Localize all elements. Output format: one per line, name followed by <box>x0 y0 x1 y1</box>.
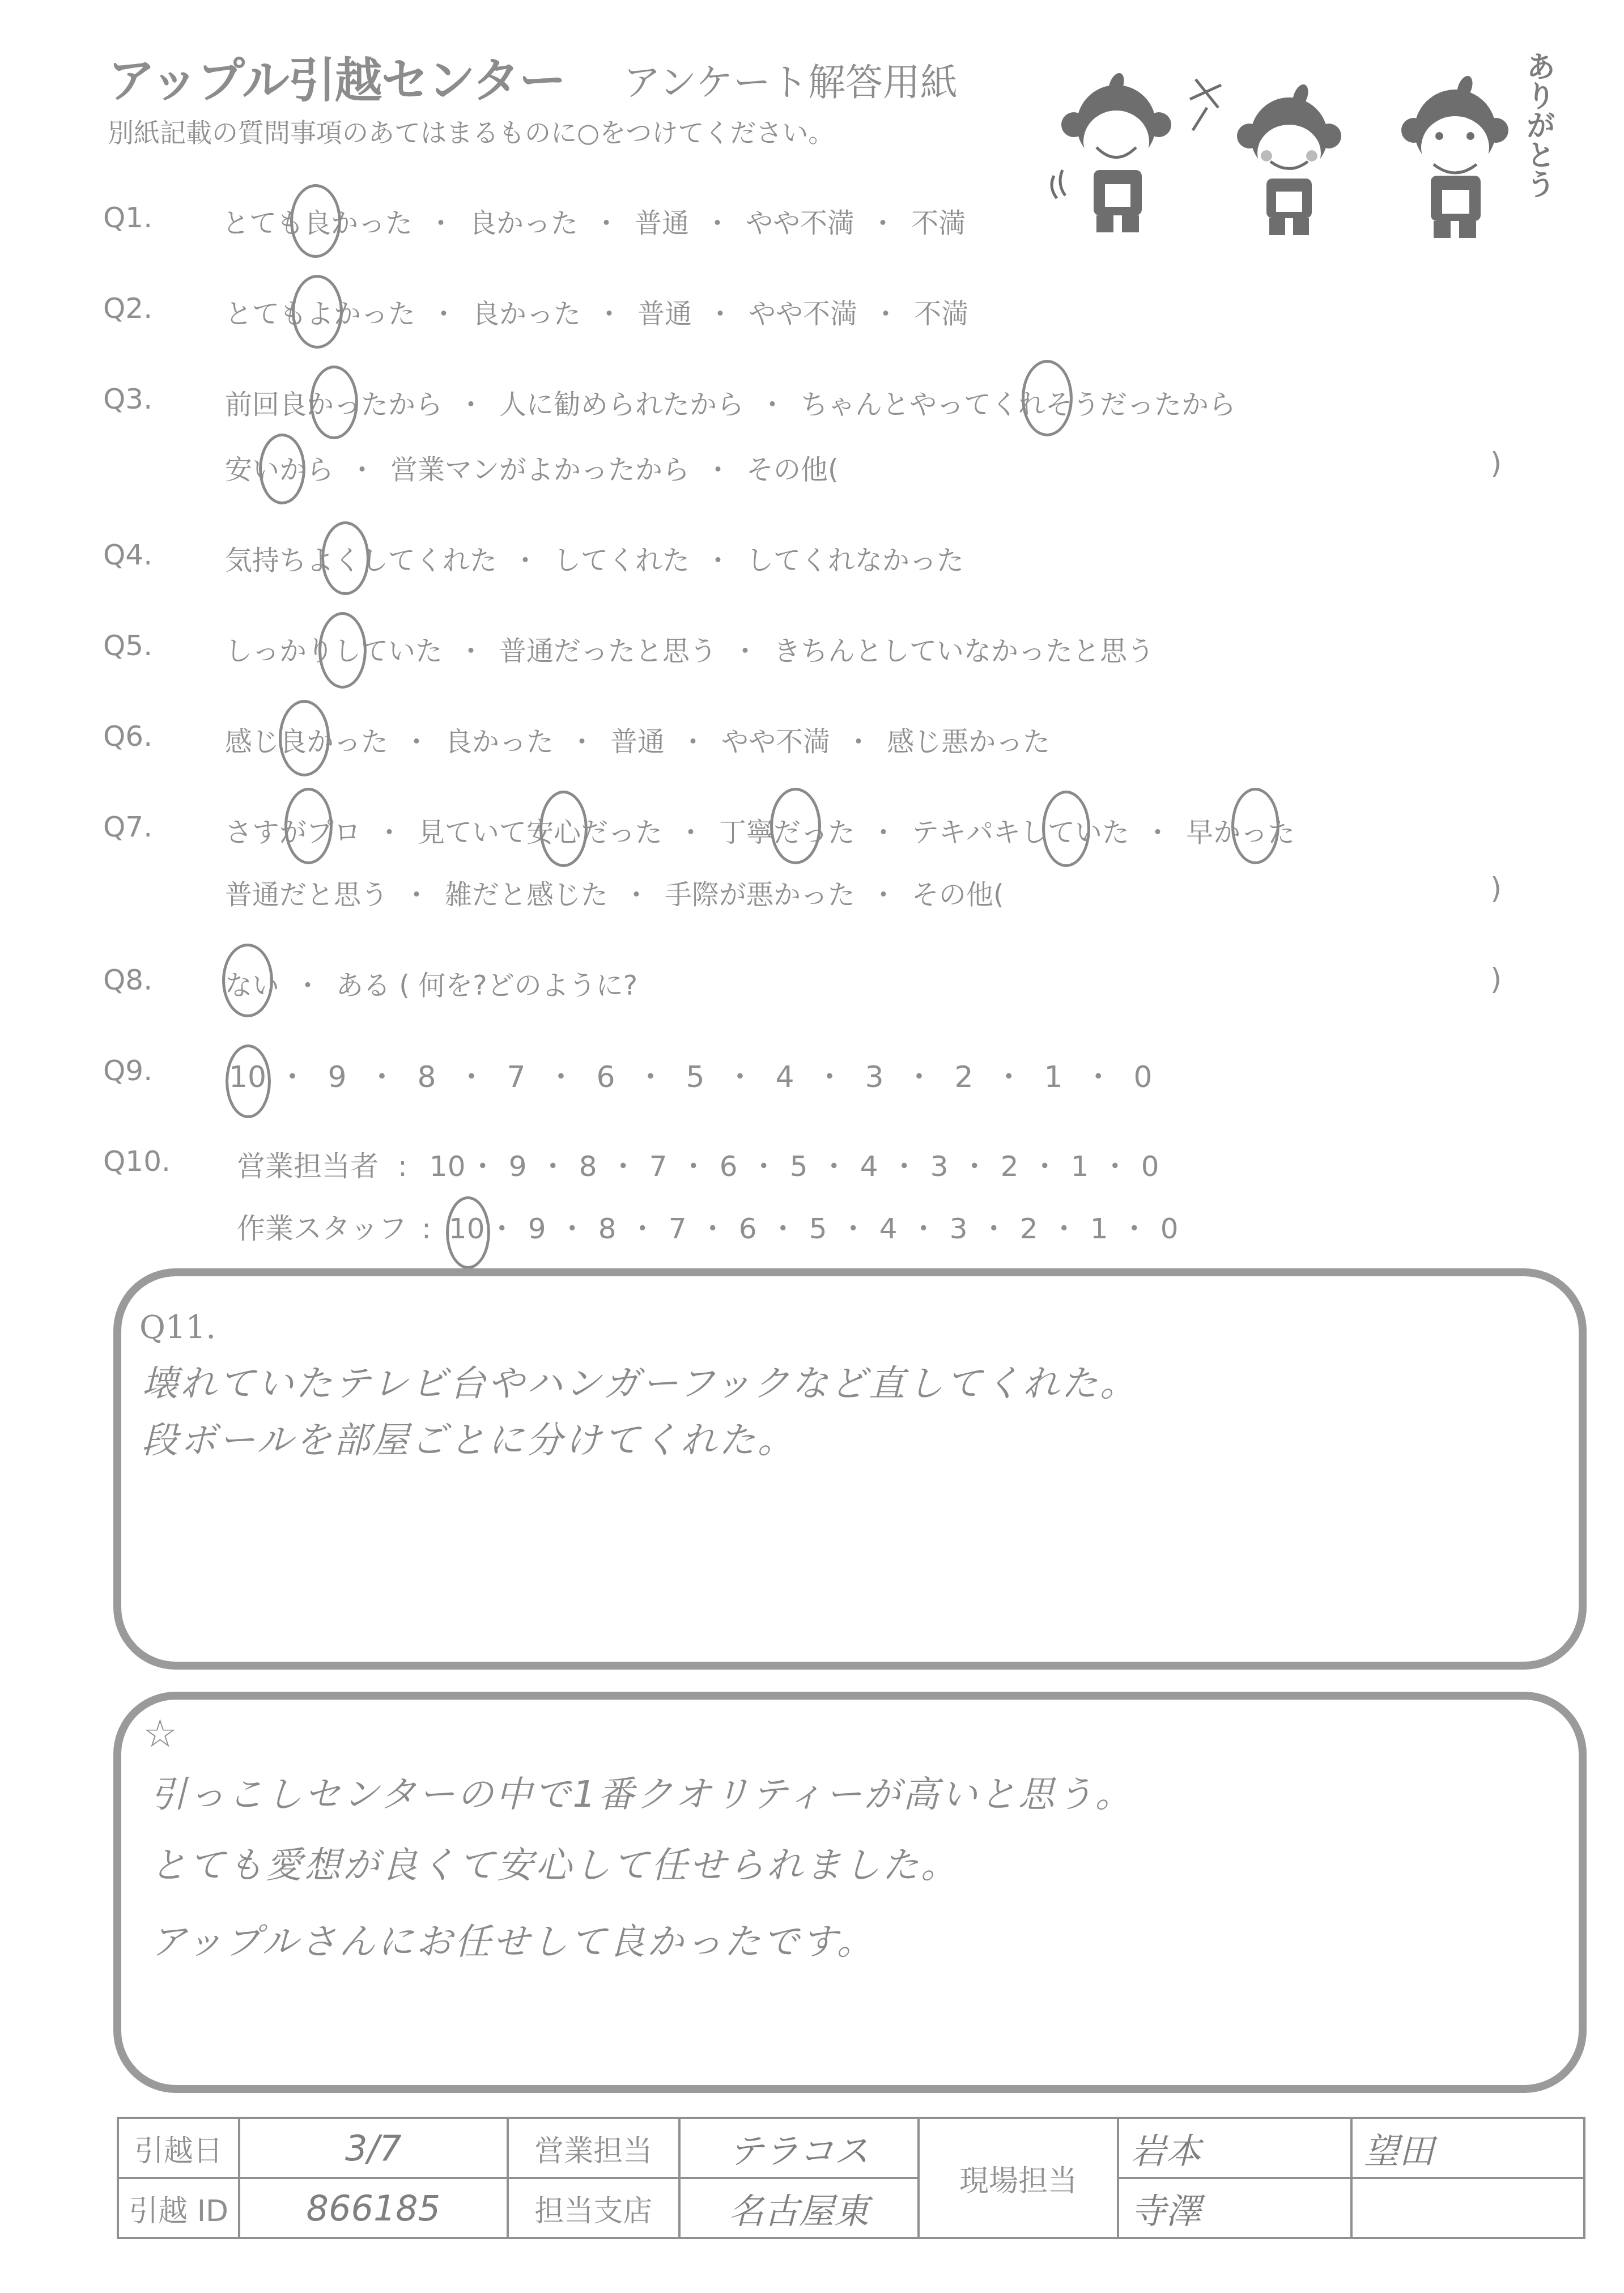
q6-option-1[interactable]: 感じ良かった <box>225 720 388 759</box>
instruction-text: 別紙記載の質問事項のあてはまるものに○をつけてください。 <box>108 112 834 150</box>
q6-option-2[interactable]: 良かった <box>445 720 554 759</box>
q7-options-line1: さすがプロ・見ていて安心だった・丁寧だった・テキパキしていた・早かった <box>225 810 1295 850</box>
q10-sales-score-10[interactable]: 10 <box>427 1150 469 1183</box>
q5-options: しっかりしていた・普通だったと思う・きちんとしていなかったと思う <box>225 629 1154 668</box>
site-staff-4[interactable] <box>1351 2178 1584 2238</box>
sales-rep-label: 営業担当 <box>508 2118 679 2178</box>
q9-score-4[interactable]: 4 <box>764 1060 806 1094</box>
footer-info-table: 引越日 3/7 営業担当 テラコス 現場担当 岩本 望田 引越 ID 86618… <box>117 2117 1585 2239</box>
q9-score-7[interactable]: 7 <box>495 1060 537 1094</box>
q8-option-2[interactable]: ある ( 何を?どのように? <box>336 963 637 1003</box>
q7-option-1[interactable]: さすがプロ <box>225 810 361 850</box>
q4-options: 気持ちよくしてくれた・してくれた・してくれなかった <box>225 538 964 578</box>
q4-option-2[interactable]: してくれた <box>554 538 690 578</box>
q6-options: 感じ良かった・良かった・普通・やや不満・感じ悪かった <box>225 720 1050 759</box>
q10-staff-row: 作業スタッフ : 10・9・8・7・6・5・4・3・2・1・0 <box>237 1206 1191 1247</box>
q3-label: Q3. <box>103 383 152 415</box>
q10-staff-score-0[interactable]: 0 <box>1149 1212 1191 1245</box>
company-title: アップル引越センター <box>108 43 565 111</box>
q10-staff-score-5[interactable]: 5 <box>797 1212 839 1245</box>
q3-option-4[interactable]: 安いから <box>225 448 334 487</box>
move-date-label: 引越日 <box>118 2118 239 2178</box>
comment-line-2: とても愛想が良くて安心して任せられました。 <box>150 1836 959 1888</box>
q9-scale: 10・9・8・7・6・5・4・3・2・1・0 <box>227 1053 1164 1095</box>
q9-score-8[interactable]: 8 <box>406 1060 448 1094</box>
q9-score-1[interactable]: 1 <box>1032 1060 1074 1094</box>
q10-sales-score-1[interactable]: 1 <box>1059 1150 1101 1183</box>
q6-option-4[interactable]: やや不満 <box>721 720 830 759</box>
q7-options-line2: 普通だと思う・雑だと感じた・手際が悪かった・その他( <box>225 873 1004 912</box>
move-date-value[interactable]: 3/7 <box>239 2118 507 2178</box>
comments-box[interactable] <box>113 1692 1587 2093</box>
q9-score-10[interactable]: 10 <box>227 1060 269 1094</box>
q5-option-2[interactable]: 普通だったと思う <box>499 629 717 668</box>
q10-sales-row: 営業担当者 : 10・9・8・7・6・5・4・3・2・1・0 <box>237 1144 1171 1184</box>
star-icon: ☆ <box>143 1712 177 1756</box>
q3-option-1[interactable]: 前回良かったから <box>225 383 443 422</box>
comment-line-3: アップルさんにお任せして良かったです。 <box>150 1913 875 1965</box>
q7-option-2[interactable]: 見ていて安心だった <box>418 810 662 850</box>
q2-option-1[interactable]: とてもよかった <box>225 292 415 331</box>
q3-options-line1: 前回良かったから・人に勧められたから・ちゃんとやってくれそうだったから <box>225 383 1236 422</box>
q4-option-1[interactable]: 気持ちよくしてくれた <box>225 538 497 578</box>
branch-value[interactable]: 名古屋東 <box>679 2178 919 2238</box>
q9-score-0[interactable]: 0 <box>1122 1060 1164 1094</box>
q7-option-5[interactable]: 早かった <box>1186 810 1295 850</box>
q3-option-3[interactable]: ちゃんとやってくれそうだったから <box>801 383 1236 422</box>
q10-staff-score-7[interactable]: 7 <box>657 1212 699 1245</box>
q8-option-1[interactable]: ない <box>225 963 279 1003</box>
q2-option-5[interactable]: 不満 <box>914 292 968 331</box>
q8-label: Q8. <box>103 963 152 996</box>
q7-option-8[interactable]: 手際が悪かった <box>665 873 855 912</box>
q11-answer-box[interactable] <box>113 1268 1587 1670</box>
q10-sales-score-5[interactable]: 5 <box>778 1150 820 1183</box>
q7-close-paren: ) <box>1490 872 1502 906</box>
q11-answer-line-2: 段ボールを部屋ごとに分けてくれた。 <box>142 1411 796 1463</box>
q3-option-other[interactable]: その他( <box>746 448 839 487</box>
site-staff-3[interactable]: 寺澤 <box>1118 2178 1351 2238</box>
q3-options-line2: 安いから・営業マンがよかったから・その他( <box>225 448 839 487</box>
q10-staff-score-4[interactable]: 4 <box>868 1212 909 1245</box>
q10-staff-score-2[interactable]: 2 <box>1008 1212 1050 1245</box>
q7-option-3[interactable]: 丁寧だった <box>719 810 855 850</box>
q10-staff-label: 作業スタッフ <box>237 1212 407 1245</box>
q3-option-2[interactable]: 人に勧められたから <box>499 383 744 422</box>
q10-label: Q10. <box>103 1145 171 1178</box>
sales-rep-value[interactable]: テラコス <box>679 2118 919 2178</box>
q10-staff-score-10[interactable]: 10 <box>446 1212 488 1245</box>
q9-score-3[interactable]: 3 <box>853 1060 895 1094</box>
q4-label: Q4. <box>103 538 152 571</box>
q2-label: Q2. <box>103 292 152 325</box>
q10-staff-score-8[interactable]: 8 <box>586 1212 628 1245</box>
q1-option-1[interactable]: とても良かった <box>222 201 413 240</box>
site-staff-label: 現場担当 <box>919 2118 1119 2238</box>
q7-option-other[interactable]: その他( <box>912 873 1004 912</box>
q10-sales-score-6[interactable]: 6 <box>708 1150 750 1183</box>
q9-score-6[interactable]: 6 <box>585 1060 627 1094</box>
form-title: アンケート解答用紙 <box>623 52 958 106</box>
q11-label: Q11. <box>139 1309 216 1346</box>
q10-sales-score-3[interactable]: 3 <box>919 1150 960 1183</box>
q1-label: Q1. <box>103 201 152 234</box>
q8-options: ない・ある ( 何を?どのように? <box>225 963 637 1003</box>
q7-option-4[interactable]: テキパキしていた <box>912 810 1129 850</box>
mascot-illustration: ありがとう <box>1048 45 1558 249</box>
q6-label: Q6. <box>103 720 152 753</box>
move-id-label: 引越 ID <box>118 2178 239 2238</box>
q1-option-2[interactable]: 良かった <box>469 201 578 240</box>
q5-option-1[interactable]: しっかりしていた <box>225 629 443 668</box>
q4-option-3[interactable]: してくれなかった <box>746 538 964 578</box>
q1-option-3[interactable]: 普通 <box>635 201 689 240</box>
q9-label: Q9. <box>103 1054 152 1087</box>
site-staff-1[interactable]: 岩本 <box>1118 2118 1351 2178</box>
q1-option-5[interactable]: 不満 <box>911 201 966 240</box>
q3-option-5[interactable]: 営業マンがよかったから <box>390 448 690 487</box>
q2-option-2[interactable]: 良かった <box>472 292 581 331</box>
q2-options: とてもよかった・良かった・普通・やや不満・不満 <box>225 292 968 331</box>
q9-score-9[interactable]: 9 <box>316 1060 358 1094</box>
q10-sales-score-9[interactable]: 9 <box>497 1150 539 1183</box>
q5-option-3[interactable]: きちんとしていなかったと思う <box>773 629 1154 668</box>
q6-option-5[interactable]: 感じ悪かった <box>887 720 1050 759</box>
branch-label: 担当支店 <box>508 2178 679 2238</box>
mascot-caption: ありがとう <box>1519 51 1553 198</box>
q10-staff-score-6[interactable]: 6 <box>727 1212 769 1245</box>
q9-score-5[interactable]: 5 <box>674 1060 716 1094</box>
q2-option-4[interactable]: やや不満 <box>749 292 857 331</box>
q2-option-3[interactable]: 普通 <box>637 292 692 331</box>
q10-sales-score-7[interactable]: 7 <box>637 1150 679 1183</box>
move-id-value[interactable]: 866185 <box>239 2178 507 2238</box>
q7-label: Q7. <box>103 810 152 843</box>
q1-option-4[interactable]: やや不満 <box>746 201 854 240</box>
q1-options: とても良かった・良かった・普通・やや不満・不満 <box>222 201 966 240</box>
q7-option-7[interactable]: 雑だと感じた <box>445 873 608 912</box>
q10-staff-score-1[interactable]: 1 <box>1078 1212 1120 1245</box>
q5-label: Q5. <box>103 629 152 662</box>
q8-close-paren: ) <box>1490 962 1502 996</box>
comment-line-1: 引っこしセンターの中で1番クオリティーが高いと思う。 <box>150 1765 1134 1818</box>
q10-sales-score-2[interactable]: 2 <box>989 1150 1031 1183</box>
q3-close-paren: ) <box>1490 447 1502 481</box>
q10-sales-score-0[interactable]: 0 <box>1129 1150 1171 1183</box>
q10-staff-score-3[interactable]: 3 <box>938 1212 980 1245</box>
q10-staff-score-9[interactable]: 9 <box>516 1212 558 1245</box>
q9-score-2[interactable]: 2 <box>943 1060 985 1094</box>
q6-option-3[interactable]: 普通 <box>610 720 665 759</box>
q7-option-6[interactable]: 普通だと思う <box>225 873 388 912</box>
q10-sales-score-4[interactable]: 4 <box>848 1150 890 1183</box>
site-staff-2[interactable]: 望田 <box>1351 2118 1584 2178</box>
q10-sales-label: 営業担当者 <box>237 1150 379 1183</box>
q10-sales-score-8[interactable]: 8 <box>567 1150 609 1183</box>
q11-answer-line-1: 壊れていたテレビ台やハンガーフックなど直してくれた。 <box>142 1354 1138 1407</box>
